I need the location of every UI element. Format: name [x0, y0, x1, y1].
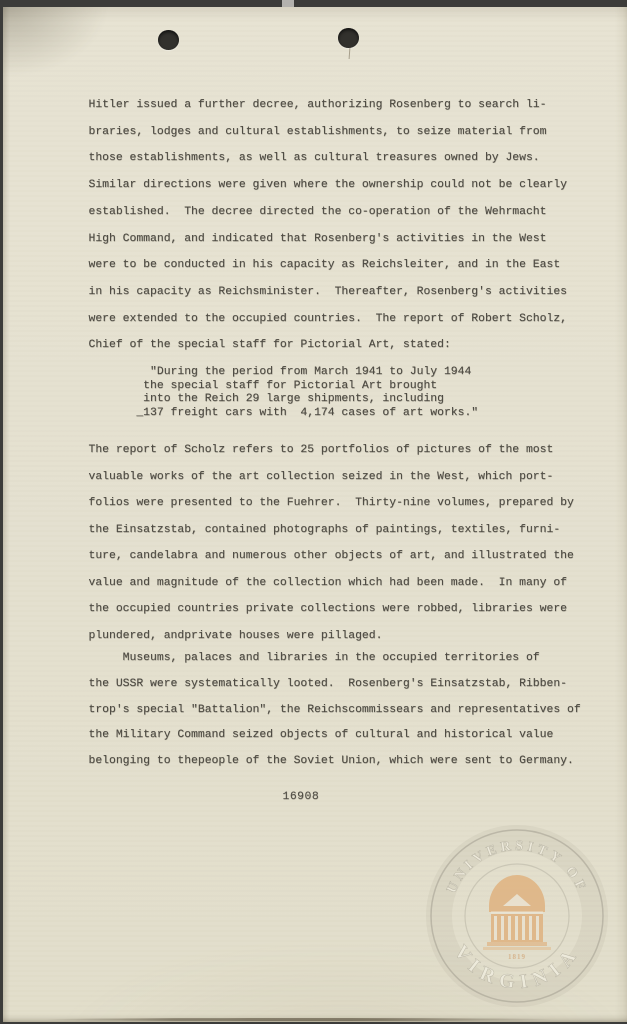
text-line: value and magnitude of the collection wh…: [89, 570, 574, 597]
hole-punch-icon: [338, 28, 359, 48]
text-line: folios were presented to the Fuehrer. Th…: [89, 490, 574, 517]
text-line: Similar directions were given where the …: [89, 172, 568, 199]
text-line: High Command, and indicated that Rosenbe…: [89, 226, 568, 253]
text-line: were to be conducted in his capacity as …: [89, 252, 568, 279]
text-line: Chief of the special staff for Pictorial…: [89, 332, 568, 359]
document-paper: Hitler issued a further decree, authoriz…: [3, 7, 627, 1022]
text-line: valuable works of the art collection sei…: [89, 464, 574, 491]
text-line: braries, lodges and cultural establishme…: [89, 119, 568, 146]
text-line: The report of Scholz refers to 25 portfo…: [89, 437, 574, 464]
text-line: Museums, palaces and libraries in the oc…: [89, 646, 581, 672]
seal-year-text: 1819: [508, 953, 526, 961]
text-line: into the Reich 29 large shipments, inclu…: [89, 393, 479, 407]
text-line: _137 freight cars with 4,174 cases of ar…: [89, 407, 479, 421]
page-number: 16908: [283, 791, 320, 803]
text-line: trop's special "Battalion", the Reichsco…: [89, 698, 581, 724]
hole-punch-icon: [158, 30, 179, 50]
text-line: the Einsatzstab, contained photographs o…: [89, 517, 574, 544]
text-line: the occupied countries private collectio…: [89, 596, 574, 623]
university-of-virginia-watermark: UNIVERSITY OF VIRGINIA: [417, 816, 617, 1016]
text-line: those establishments, as well as cultura…: [89, 145, 568, 172]
text-line: were extended to the occupied countries.…: [89, 306, 568, 333]
scanned-document-page: Hitler issued a further decree, authoriz…: [0, 0, 627, 1024]
paper-tear-mark: [348, 48, 350, 59]
scanner-background-gap: [282, 0, 294, 7]
text-line: in his capacity as Reichsminister. There…: [89, 279, 568, 306]
text-line: belonging to thepeople of the Soviet Uni…: [89, 749, 581, 775]
paragraph-3: Museums, palaces and libraries in the oc…: [89, 646, 581, 775]
paragraph-1: Hitler issued a further decree, authoriz…: [89, 92, 568, 359]
text-line: the USSR were systematically looted. Ros…: [89, 672, 581, 698]
rotunda-icon: 1819: [483, 875, 551, 961]
text-line: the Military Command seized objects of c…: [89, 723, 581, 749]
block-quote: "During the period from March 1941 to Ju…: [89, 366, 479, 420]
paragraph-2: The report of Scholz refers to 25 portfo…: [89, 437, 574, 649]
text-line: the special staff for Pictorial Art brou…: [89, 380, 479, 394]
text-line: ture, candelabra and numerous other obje…: [89, 543, 574, 570]
text-line: "During the period from March 1941 to Ju…: [89, 366, 479, 380]
paper-bottom-shadow: [43, 1018, 558, 1021]
text-line: Hitler issued a further decree, authoriz…: [89, 92, 568, 119]
text-line: established. The decree directed the co-…: [89, 199, 568, 226]
